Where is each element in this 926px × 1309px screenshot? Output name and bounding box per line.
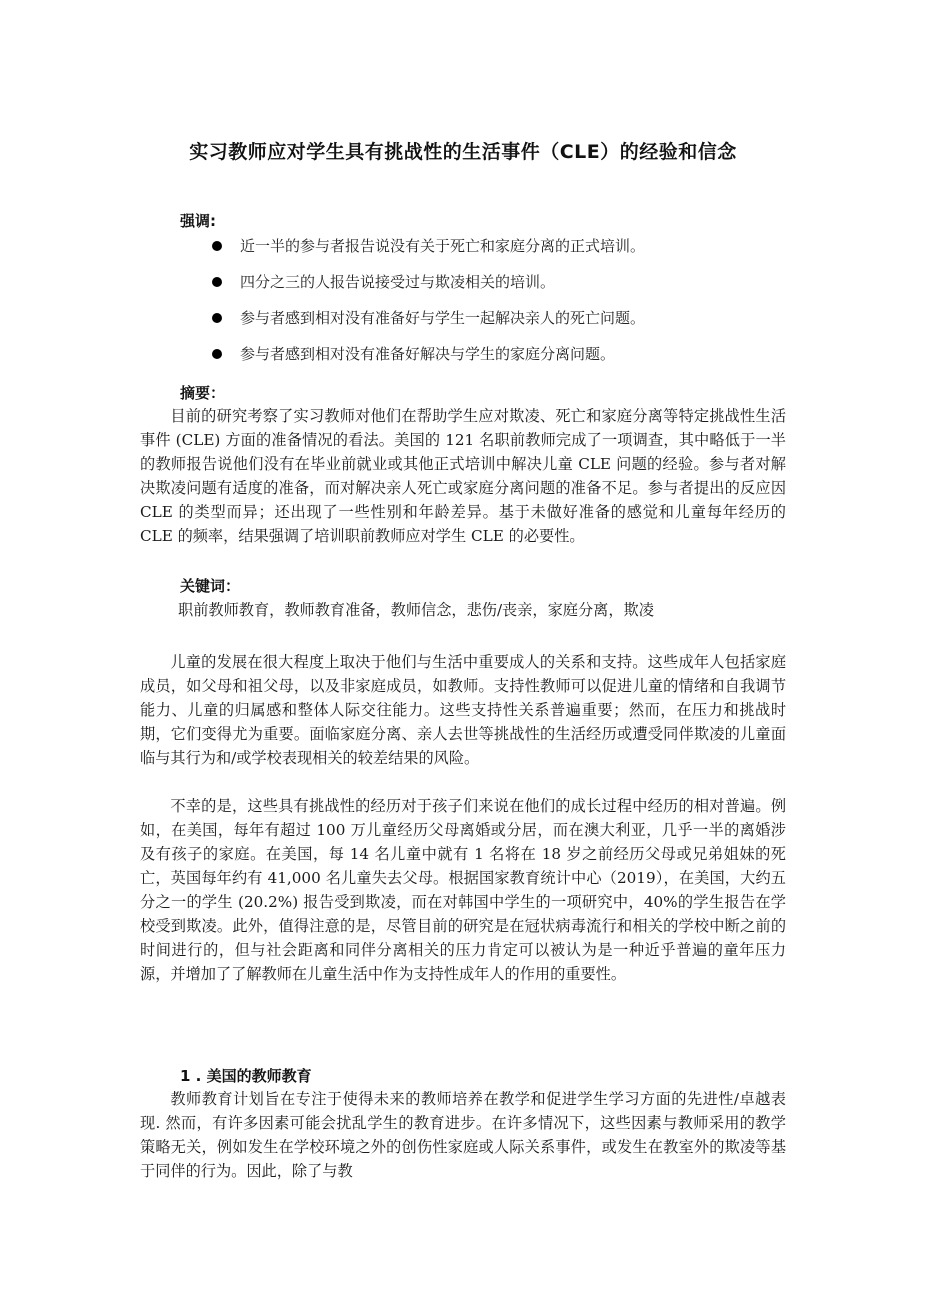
body-paragraph-2: 不幸的是，这些具有挑战性的经历对于孩子们来说在他们的成长过程中经历的相对普遍。例… [140, 794, 786, 986]
highlight-item: 四分之三的人报告说接受过与欺凌相关的培训。 [210, 270, 645, 306]
bullet-icon [212, 313, 222, 323]
keywords-text: 职前教师教育，教师教育准备，教师信念，悲伤/丧亲，家庭分离，欺凌 [178, 598, 798, 622]
abstract-heading: 摘要： [180, 382, 225, 403]
document-page: 实习教师应对学生具有挑战性的生活事件（CLE）的经验和信念 强调: 近一半的参与… [0, 0, 926, 1309]
keywords-heading: 关键词： [180, 575, 240, 596]
highlight-item: 近一半的参与者报告说没有关于死亡和家庭分离的正式培训。 [210, 234, 645, 270]
bullet-icon [212, 241, 222, 251]
section-1-text: 教师教育计划旨在专注于使得未来的教师培养在教学和促进学生学习方面的先进性/卓越表… [140, 1087, 786, 1183]
highlights-heading: 强调: [180, 210, 216, 231]
abstract-text: 目前的研究考察了实习教师对他们在帮助学生应对欺凌、死亡和家庭分离等特定挑战性生活… [140, 404, 786, 548]
section-1-heading: 1 . 美国的教师教育 [180, 1065, 312, 1086]
bullet-icon [212, 349, 222, 359]
bullet-icon [212, 277, 222, 287]
highlight-item: 参与者感到相对没有准备好解决与学生的家庭分离问题。 [210, 342, 645, 378]
highlight-item: 参与者感到相对没有准备好与学生一起解决亲人的死亡问题。 [210, 306, 645, 342]
body-paragraph-1: 儿童的发展在很大程度上取决于他们与生活中重要成人的关系和支持。这些成年人包括家庭… [140, 650, 786, 770]
document-title: 实习教师应对学生具有挑战性的生活事件（CLE）的经验和信念 [0, 137, 926, 164]
highlights-list: 近一半的参与者报告说没有关于死亡和家庭分离的正式培训。 四分之三的人报告说接受过… [210, 234, 645, 378]
